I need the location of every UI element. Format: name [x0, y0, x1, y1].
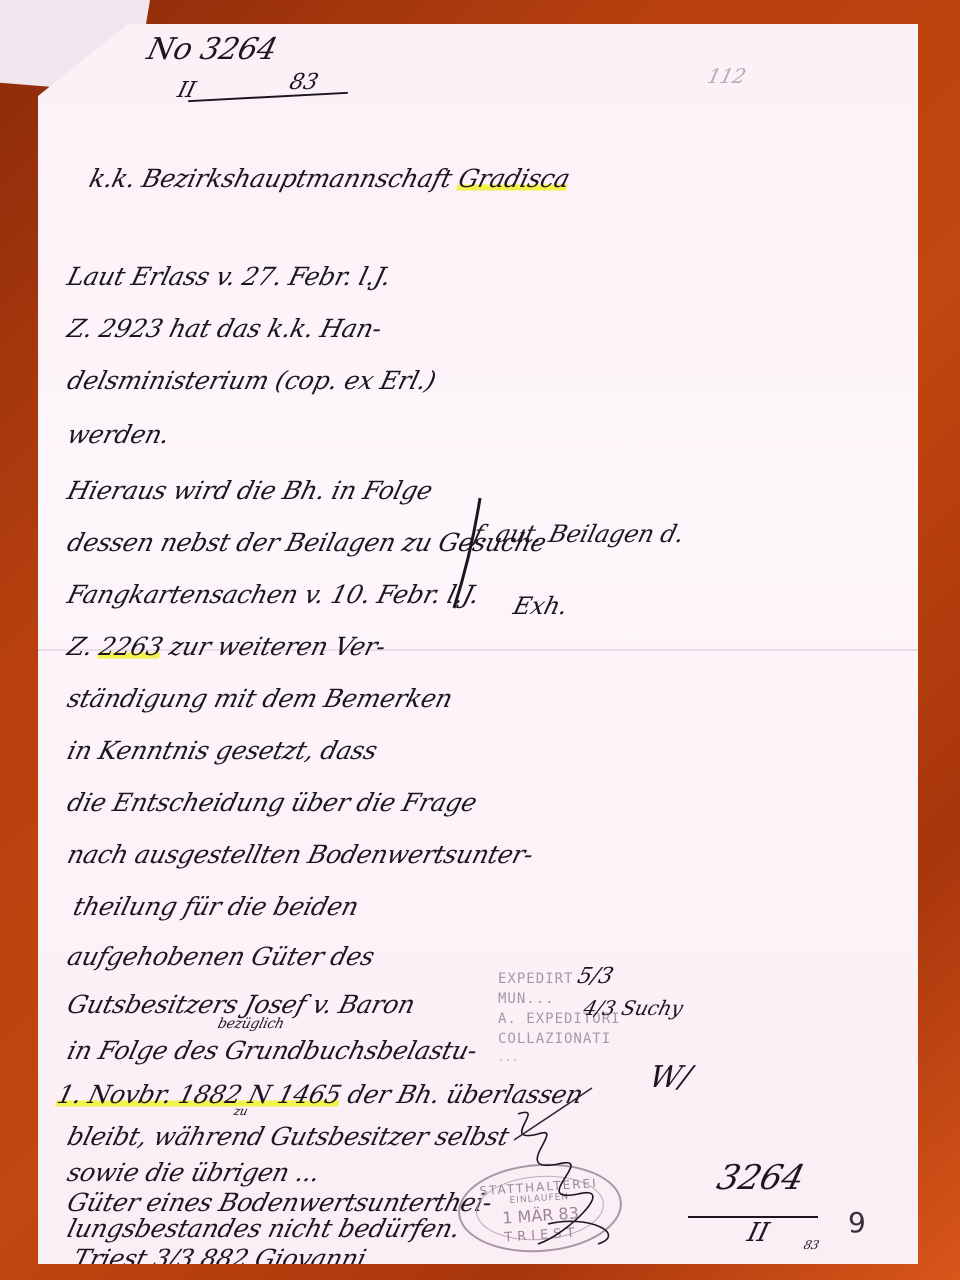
body-line: theilung für die beiden	[70, 892, 361, 921]
document-page: No 3264 II 83 112 k.k. Bezirkshauptmanns…	[38, 24, 918, 1264]
body-line: aufgehobenen Güter des	[64, 942, 377, 971]
body-line: Laut Erlass v. 27. Febr. l.J.	[64, 262, 393, 291]
margin-note-line1: f. aut. Beilagen d.	[471, 520, 687, 548]
stamp-line: ...	[498, 1049, 678, 1069]
highlighted-number: 2263	[96, 632, 166, 661]
addressee: k.k. Bezirkshauptmannschaft Gradisca	[86, 164, 572, 193]
body-text: zur weiteren Ver-	[159, 632, 389, 661]
body-line: bleibt, während Gutsbesitzer selbst	[64, 1122, 512, 1151]
body-line: Gutsbesitzers Josef v. Baron	[64, 990, 417, 1019]
body-line: in Kenntnis gesetzt, dass	[64, 736, 380, 765]
body-line: lungsbestandes nicht bedürfen.	[64, 1214, 463, 1243]
body-line: werden.	[64, 420, 172, 449]
body-line: Güter eines Bodenwertsunterthei-	[64, 1188, 495, 1217]
body-line: Fangkartensachen v. 10. Febr. l.J.	[64, 580, 482, 609]
body-line: Z. 2923 hat das k.k. Han-	[64, 314, 384, 343]
stamp-line: COLLAZIONATI	[498, 1029, 678, 1049]
interlinear-insertion: zu	[232, 1104, 249, 1118]
reference-year: 83	[287, 70, 321, 95]
stamp-date-2: 4/3	[581, 996, 618, 1020]
stamp-initials: W/	[646, 1060, 695, 1095]
addressee-text: k.k. Bezirkshauptmannschaft	[86, 164, 462, 193]
body-line: sowie die übrigen ...	[64, 1158, 322, 1187]
reference-rule	[188, 92, 348, 102]
reference-number: No 3264	[144, 32, 281, 67]
body-line: delsministerium (cop. ex Erl.)	[64, 366, 438, 395]
highlighted-decree: 1. Novbr. 1882 N 1465	[54, 1080, 344, 1109]
highlighted-place: Gradisca	[455, 164, 572, 193]
body-line: nach ausgestellten Bodenwertsunter-	[64, 840, 536, 869]
body-line: ständigung mit dem Bemerken	[64, 684, 455, 713]
body-line: in Folge des Grundbuchsbelastu-	[64, 1036, 480, 1065]
margin-note-line2: Exh.	[511, 592, 571, 620]
margin-note-stroke	[446, 494, 486, 614]
body-line: Z. 2263 zur weiteren Ver-	[64, 632, 388, 661]
body-line: Hieraus wird die Bh. in Folge	[64, 476, 435, 505]
signature-line: Triest 3/3 882 Giovanni.	[70, 1244, 376, 1273]
pencil-annotation: 112	[705, 64, 748, 88]
archive-year: 83	[802, 1238, 820, 1252]
stamp-date-1: 5/3	[575, 964, 616, 989]
stamp-signature: Suchy	[619, 996, 685, 1020]
body-line: die Entscheidung über die Frage	[64, 788, 479, 817]
folio-number: 9	[848, 1206, 866, 1239]
archive-section: II	[744, 1218, 771, 1248]
interlinear-insertion: bezüglich	[216, 1016, 286, 1032]
paraph-scribble	[478, 1104, 638, 1254]
archive-number: 3264	[713, 1158, 808, 1198]
